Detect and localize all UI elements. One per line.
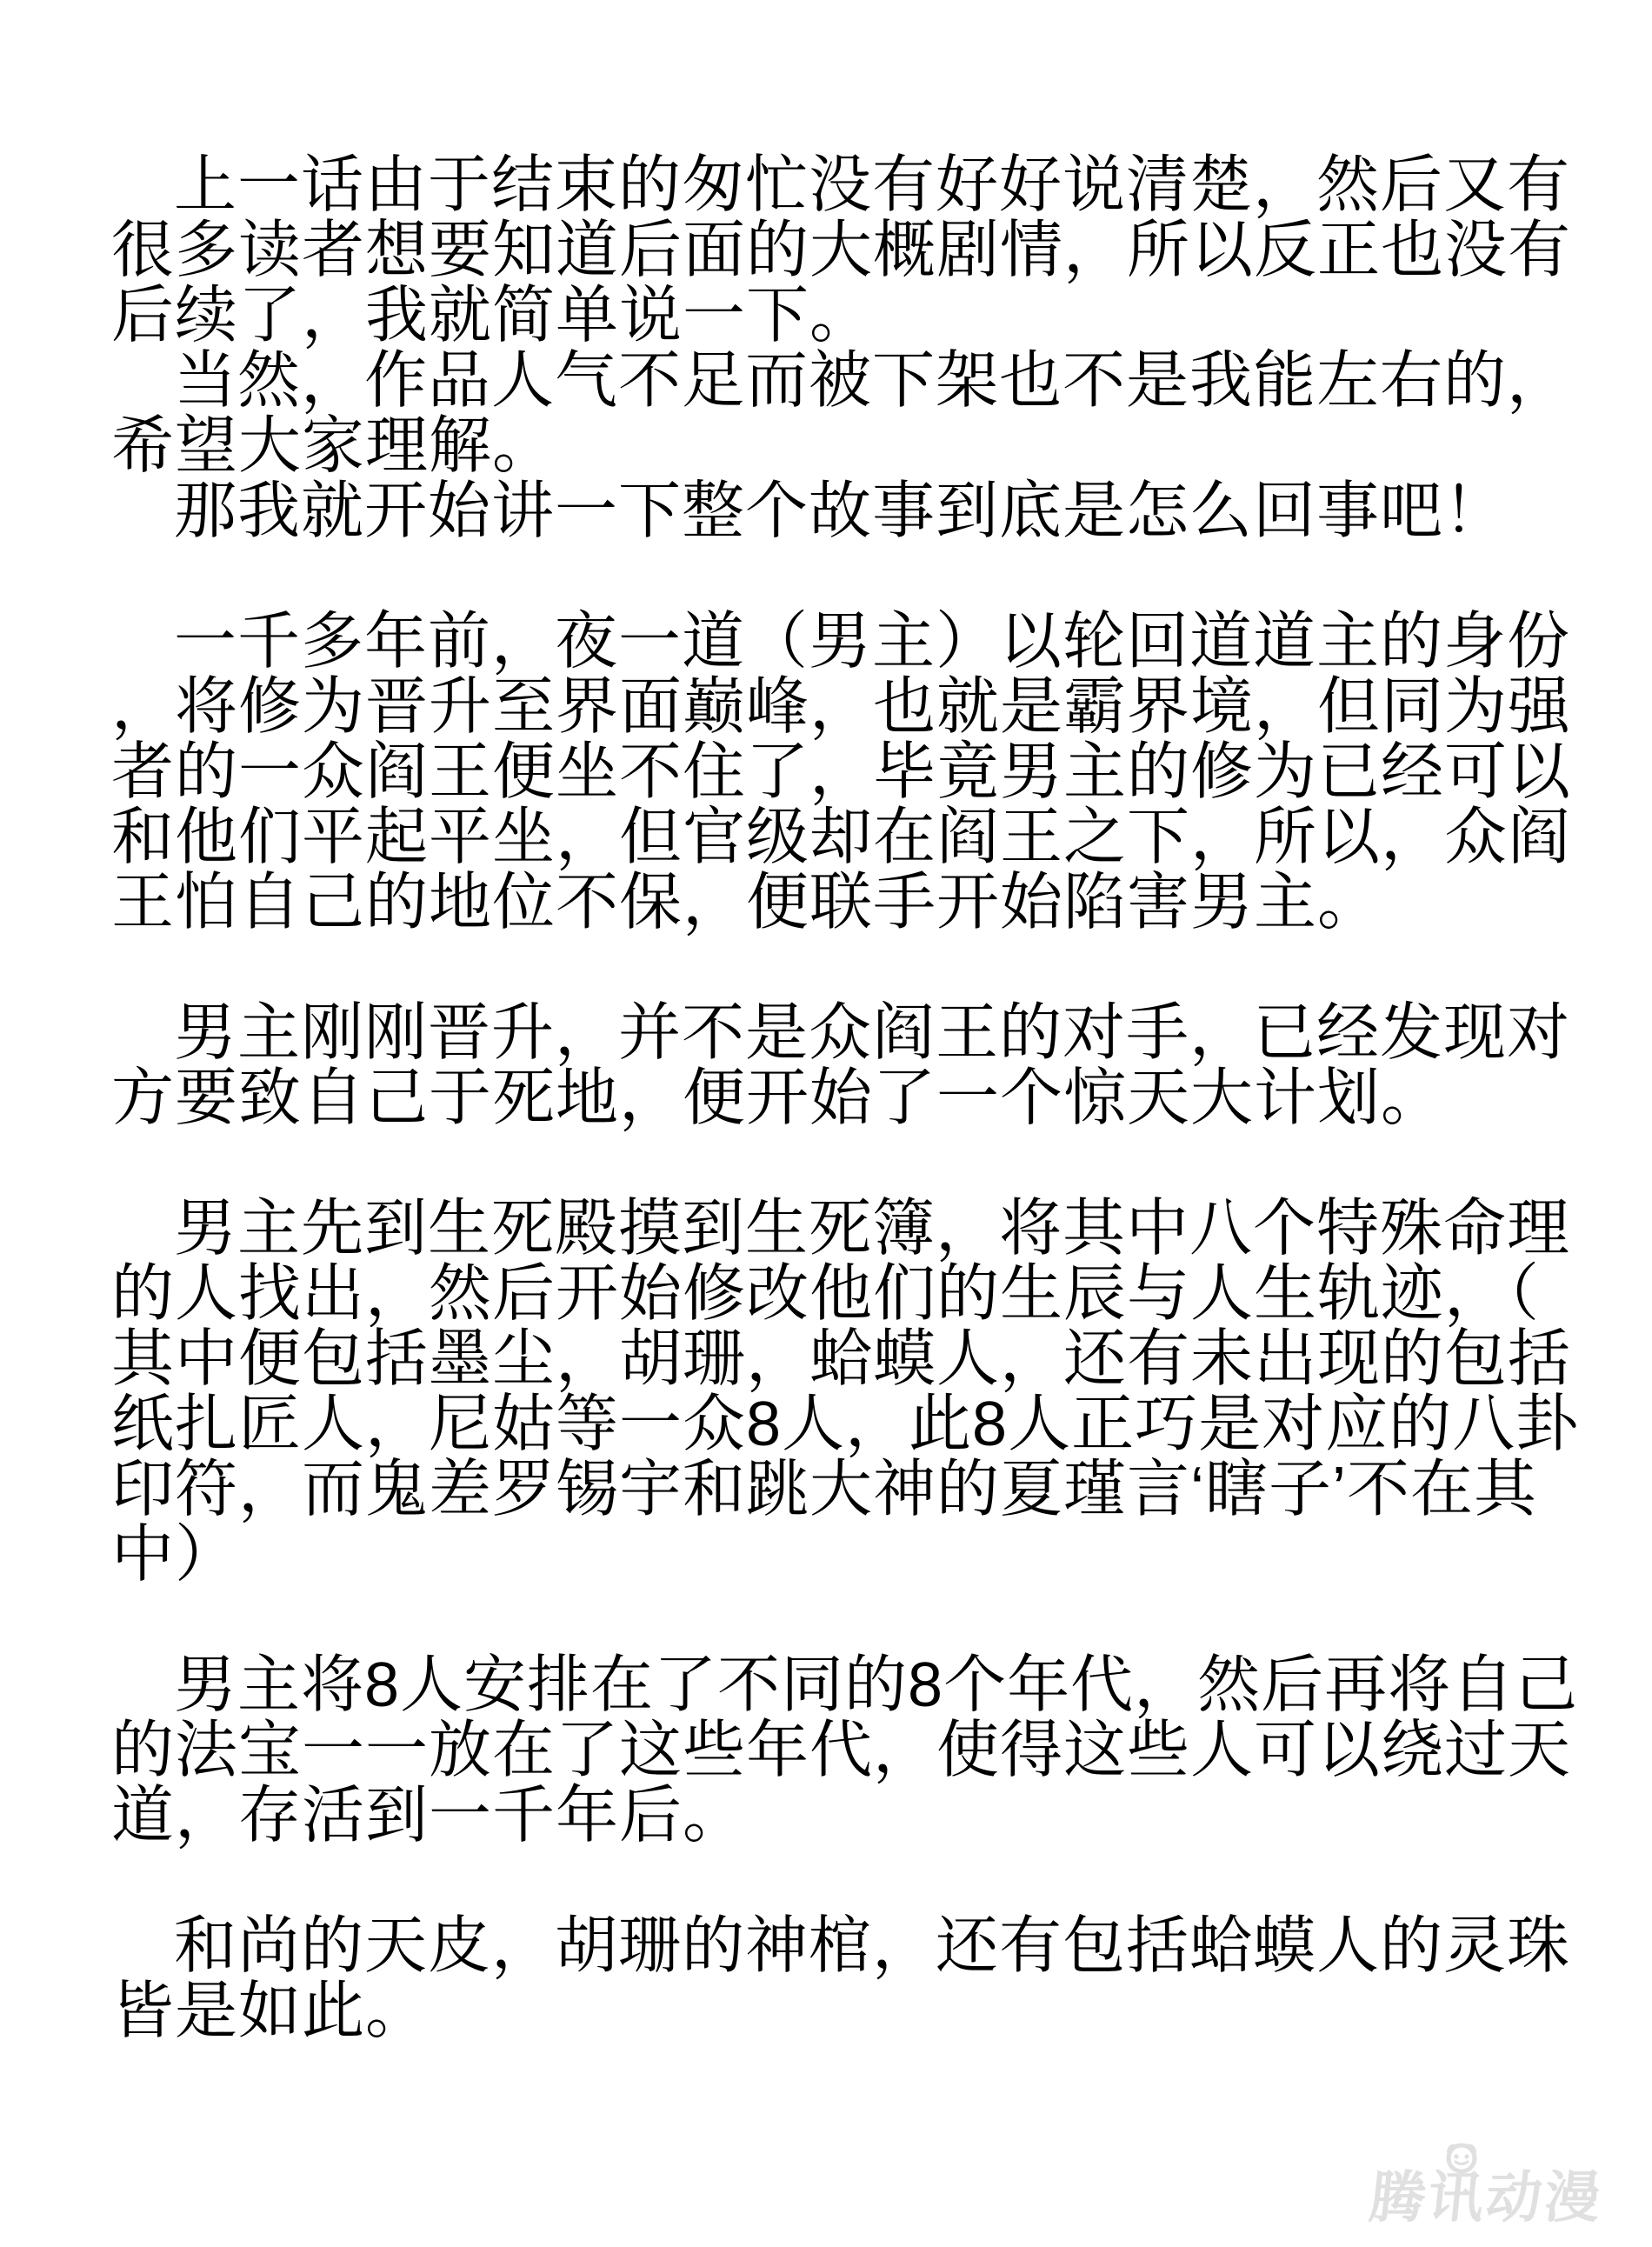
comic-afterword-page: 上一话由于结束的匆忙没有好好说清楚，然后又有很多读者想要知道后面的大概剧情，所以…	[0, 0, 1652, 2247]
paragraph-treasures: 和尚的天皮，胡珊的神棺，还有包括蛤蟆人的灵珠皆是如此。	[111, 1914, 1582, 2044]
paragraph-eight-people: 男主先到生死殿摸到生死簿，将其中八个特殊命理的人找出，然后开始修改他们的生辰与人…	[111, 1197, 1582, 1588]
paragraph-lead-in: 那我就开始讲一下整个故事到底是怎么回事吧！	[111, 479, 1582, 544]
watermark-label: 腾讯动漫	[1366, 2153, 1608, 2233]
paragraph-intro: 上一话由于结束的匆忙没有好好说清楚，然后又有很多读者想要知道后面的大概剧情，所以…	[111, 153, 1582, 349]
paragraph-plan: 男主刚刚晋升，并不是众阎王的对手，已经发现对方要致自己于死地，便开始了一个惊天大…	[111, 1001, 1582, 1131]
tencent-comics-watermark: 腾讯动漫	[1370, 2153, 1640, 2237]
paragraph-backstory: 一千多年前，夜一道（男主）以轮回道道主的身份，将修为晋升至界面巅峰，也就是霸界境…	[111, 610, 1582, 936]
story-recap-text: 上一话由于结束的匆忙没有好好说清楚，然后又有很多读者想要知道后面的大概剧情，所以…	[111, 153, 1582, 2044]
mascot-face-icon	[1442, 2139, 1482, 2176]
paragraph-eras: 男主将8人安排在了不同的8个年代，然后再将自己的法宝一一放在了这些年代，使得这些…	[111, 1653, 1582, 1849]
paragraph-apology: 当然，作品人气不足而被下架也不是我能左右的，希望大家理解。	[111, 349, 1582, 479]
